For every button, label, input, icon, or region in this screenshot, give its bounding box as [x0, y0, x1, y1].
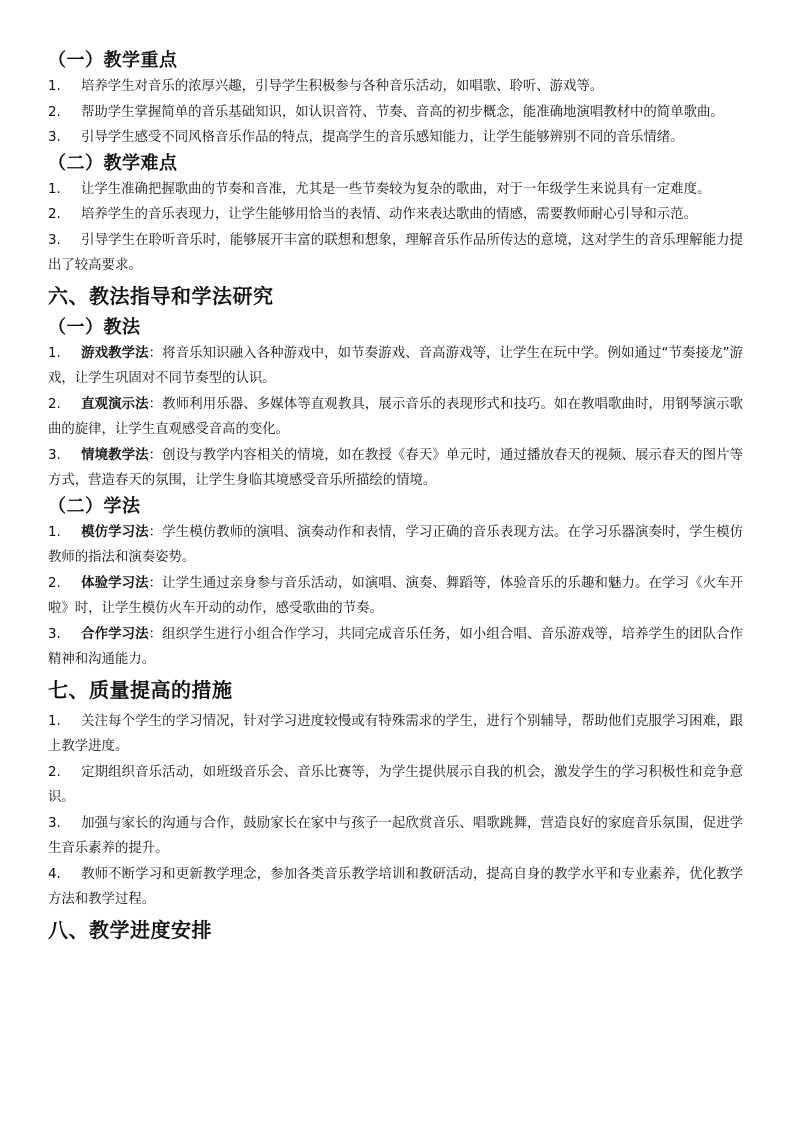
item-text: ：教师利用乐器、多媒体等直观教具，展示音乐的表现形式和技巧。如在教唱歌曲时，用钢…	[48, 397, 743, 438]
item-text: 培养学生对音乐的浓厚兴趣，引导学生积极参与各种音乐活动，如唱歌、聆听、游戏等。	[81, 79, 603, 94]
list-item: 3.情境教学法：创设与教学内容相关的情境，如在教授《春天》单元时，通过播放春天的…	[48, 443, 743, 494]
item-text: 关注每个学生的学习情况，针对学习进度较慢或有特殊需求的学生，进行个别辅导，帮助他…	[48, 714, 743, 755]
item-term: 合作学习法	[81, 627, 149, 642]
item-text: ：学生模仿教师的演唱、演奏动作和表情，学习正确的音乐表现方法。在学习乐器演奏时，…	[48, 525, 743, 566]
subheading-teaching-focus: （一）教学重点	[48, 48, 743, 74]
item-number: 3.	[48, 443, 81, 469]
item-text: 引导学生感受不同风格音乐作品的特点，提高学生的音乐感知能力，让学生能够辨别不同的…	[81, 130, 684, 145]
list-item: 2.直观演示法：教师利用乐器、多媒体等直观教具，展示音乐的表现形式和技巧。如在教…	[48, 392, 743, 443]
item-number: 1.	[48, 74, 81, 100]
list-item: 1.关注每个学生的学习情况，针对学习进度较慢或有特殊需求的学生，进行个别辅导，帮…	[48, 709, 743, 760]
list-item: 3.合作学习法：组织学生进行小组合作学习，共同完成音乐任务，如小组合唱、音乐游戏…	[48, 622, 743, 673]
list-item: 4.教师不断学习和更新教学理念，参加各类音乐教学培训和教研活动，提高自身的教学水…	[48, 862, 743, 913]
item-number: 4.	[48, 862, 81, 888]
heading-teaching-schedule: 八、教学进度安排	[48, 915, 743, 945]
heading-teaching-methods-research: 六、教法指导和学法研究	[48, 281, 743, 311]
item-number: 3.	[48, 811, 81, 837]
item-term: 情境教学法	[81, 448, 149, 463]
item-term: 游戏教学法	[81, 346, 149, 361]
item-text: ：组织学生进行小组合作学习，共同完成音乐任务，如小组合唱、音乐游戏等，培养学生的…	[48, 627, 743, 668]
list-item: 2.帮助学生掌握简单的音乐基础知识，如认识音符、节奏、音高的初步概念，能准确地演…	[48, 100, 743, 126]
item-number: 1.	[48, 520, 81, 546]
section-teaching-methods: （一）教法 1.游戏教学法：将音乐知识融入各种游戏中，如节奏游戏、音高游戏等，让…	[48, 315, 743, 494]
list-item: 2.定期组织音乐活动，如班级音乐会、音乐比赛等，为学生提供展示自我的机会，激发学…	[48, 760, 743, 811]
item-number: 1.	[48, 341, 81, 367]
list-item: 1.让学生准确把握歌曲的节奏和音准，尤其是一些节奏较为复杂的歌曲，对于一年级学生…	[48, 177, 743, 203]
list-item: 1.模仿学习法：学生模仿教师的演唱、演奏动作和表情，学习正确的音乐表现方法。在学…	[48, 520, 743, 571]
item-text: 教师不断学习和更新教学理念，参加各类音乐教学培训和教研活动，提高自身的教学水平和…	[48, 867, 743, 908]
item-text: 加强与家长的沟通与合作，鼓励家长在家中与孩子一起欣赏音乐、唱歌跳舞，营造良好的家…	[48, 816, 743, 857]
section-quality-measures: 七、质量提高的措施 1.关注每个学生的学习情况，针对学习进度较慢或有特殊需求的学…	[48, 675, 743, 913]
item-number: 3.	[48, 125, 81, 151]
list-item: 1.游戏教学法：将音乐知识融入各种游戏中，如节奏游戏、音高游戏等，让学生在玩中学…	[48, 341, 743, 392]
item-text: ：将音乐知识融入各种游戏中，如节奏游戏、音高游戏等，让学生在玩中学。例如通过“节…	[48, 346, 743, 387]
item-number: 2.	[48, 392, 81, 418]
list-item: 2.体验学习法：让学生通过亲身参与音乐活动，如演唱、演奏、舞蹈等，体验音乐的乐趣…	[48, 571, 743, 622]
list-item: 3.引导学生感受不同风格音乐作品的特点，提高学生的音乐感知能力，让学生能够辨别不…	[48, 125, 743, 151]
item-text: 帮助学生掌握简单的音乐基础知识，如认识音符、节奏、音高的初步概念，能准确地演唱教…	[81, 105, 724, 120]
section-teaching-focus: （一）教学重点 1.培养学生对音乐的浓厚兴趣，引导学生积极参与各种音乐活动，如唱…	[48, 48, 743, 151]
item-term: 模仿学习法	[81, 525, 149, 540]
item-number: 1.	[48, 177, 81, 203]
list-item: 1.培养学生对音乐的浓厚兴趣，引导学生积极参与各种音乐活动，如唱歌、聆听、游戏等…	[48, 74, 743, 100]
list-item: 3.加强与家长的沟通与合作，鼓励家长在家中与孩子一起欣赏音乐、唱歌跳舞，营造良好…	[48, 811, 743, 862]
item-term: 体验学习法	[81, 576, 149, 591]
item-text: 引导学生在聆听音乐时，能够展开丰富的联想和想象，理解音乐作品所传达的意境，这对学…	[48, 233, 743, 274]
item-term: 直观演示法	[81, 397, 149, 412]
document-page: （一）教学重点 1.培养学生对音乐的浓厚兴趣，引导学生积极参与各种音乐活动，如唱…	[0, 0, 793, 945]
list-item: 3.引导学生在聆听音乐时，能够展开丰富的联想和想象，理解音乐作品所传达的意境，这…	[48, 228, 743, 279]
item-number: 3.	[48, 622, 81, 648]
item-number: 2.	[48, 760, 81, 786]
item-number: 1.	[48, 709, 81, 735]
item-number: 2.	[48, 571, 81, 597]
item-number: 3.	[48, 228, 81, 254]
item-number: 2.	[48, 100, 81, 126]
subheading-teaching-methods: （一）教法	[48, 315, 743, 341]
item-text: ：创设与教学内容相关的情境，如在教授《春天》单元时，通过播放春天的视频、展示春天…	[48, 448, 743, 489]
heading-quality-measures: 七、质量提高的措施	[48, 675, 743, 705]
item-text: 培养学生的音乐表现力，让学生能够用恰当的表情、动作来表达歌曲的情感，需要教师耐心…	[81, 207, 697, 222]
item-text: 定期组织音乐活动，如班级音乐会、音乐比赛等，为学生提供展示自我的机会，激发学生的…	[48, 765, 743, 806]
subheading-learning-methods: （二）学法	[48, 494, 743, 520]
subheading-teaching-difficulty: （二）教学难点	[48, 151, 743, 177]
item-text: 让学生准确把握歌曲的节奏和音准，尤其是一些节奏较为复杂的歌曲，对于一年级学生来说…	[81, 182, 710, 197]
item-number: 2.	[48, 202, 81, 228]
list-item: 2.培养学生的音乐表现力，让学生能够用恰当的表情、动作来表达歌曲的情感，需要教师…	[48, 202, 743, 228]
item-text: ：让学生通过亲身参与音乐活动，如演唱、演奏、舞蹈等，体验音乐的乐趣和魅力。在学习…	[48, 576, 743, 617]
section-learning-methods: （二）学法 1.模仿学习法：学生模仿教师的演唱、演奏动作和表情，学习正确的音乐表…	[48, 494, 743, 673]
section-teaching-difficulty: （二）教学难点 1.让学生准确把握歌曲的节奏和音准，尤其是一些节奏较为复杂的歌曲…	[48, 151, 743, 279]
